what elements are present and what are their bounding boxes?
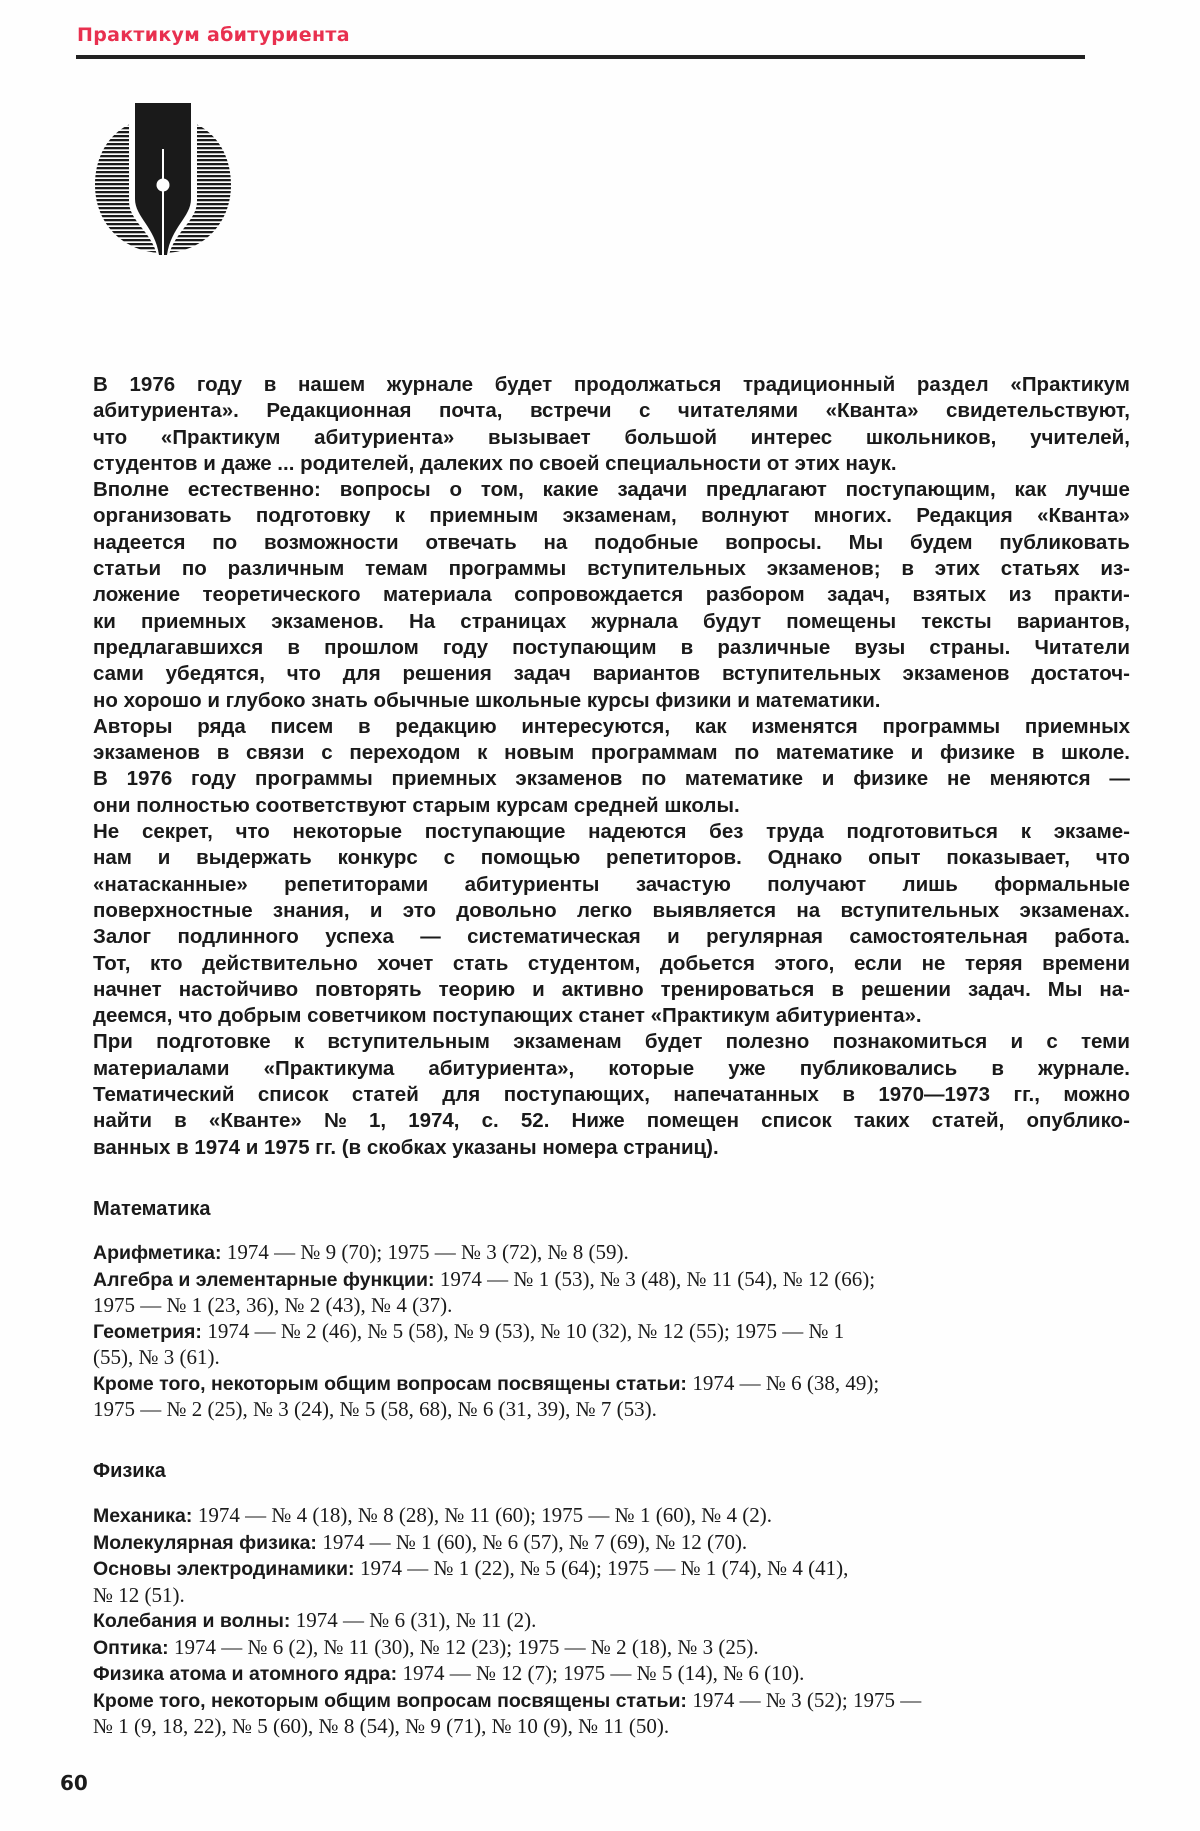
intro-line: найтив«Кванте»№1,1974,с.52.Нижепомещенсп… — [93, 1108, 1130, 1134]
topic-label: Механика: — [93, 1505, 198, 1527]
article-list-line: Алгебра и элементарные функции: 1974 — №… — [93, 1267, 1130, 1294]
intro-line: «натасканные»репетиторамиабитуриентызача… — [93, 872, 1130, 898]
article-list-line: 1975 — № 2 (25), № 3 (24), № 5 (58, 68),… — [93, 1397, 1130, 1423]
intro-line: но хорошо и глубоко знать обычные школьн… — [93, 688, 1130, 714]
topic-label: Оптика: — [93, 1637, 174, 1659]
intro-line: киприемныхэкзаменов.Настраницахжурналабу… — [93, 609, 1130, 635]
intro-line: В1976годувнашемжурналебудетпродолжатьсят… — [93, 372, 1130, 398]
intro-line: организоватьподготовкукприемнымэкзаменам… — [93, 503, 1130, 529]
issue-references: № 1 (9, 18, 22), № 5 (60), № 8 (54), № 9… — [93, 1714, 669, 1738]
issue-references: 1974 — № 1 (22), № 5 (64); 1975 — № 1 (7… — [360, 1556, 848, 1580]
intro-line: ложениетеоретическогоматериаласопровожда… — [93, 582, 1130, 608]
intro-line: материалами«Практикумаабитуриента»,котор… — [93, 1056, 1130, 1082]
topic-label: Алгебра и элементарные функции: — [93, 1269, 440, 1291]
article-list-line: Основы электродинамики: 1974 — № 1 (22),… — [93, 1556, 1130, 1583]
topic-label: Кроме того, некоторым общим вопросам пос… — [93, 1373, 692, 1395]
issue-references: 1974 — № 6 (31), № 11 (2). — [296, 1608, 537, 1632]
issue-references: 1974 — № 1 (53), № 3 (48), № 11 (54), № … — [440, 1267, 875, 1291]
article-list-line: Оптика: 1974 — № 6 (2), № 11 (30), № 12 … — [93, 1635, 1130, 1662]
intro-line: экзаменоввсвязиспереходомкновымпрограмма… — [93, 740, 1130, 766]
intro-text: В1976годувнашемжурналебудетпродолжатьсят… — [93, 372, 1130, 1161]
intro-line: Приподготовкеквступительнымэкзаменамбуде… — [93, 1029, 1130, 1055]
issue-references: 1975 — № 2 (25), № 3 (24), № 5 (58, 68),… — [93, 1397, 657, 1421]
issue-references: (55), № 3 (61). — [93, 1345, 220, 1369]
intro-line: Тематическийсписокстатейдляпоступающих,н… — [93, 1082, 1130, 1108]
intro-line: абитуриента».Редакционнаяпочта,встречисч… — [93, 398, 1130, 424]
article-list-line: 1975 — № 1 (23, 36), № 2 (43), № 4 (37). — [93, 1293, 1130, 1319]
topic-label: Кроме того, некоторым общим вопросам пос… — [93, 1690, 692, 1712]
math-article-list: Арифметика: 1974 — № 9 (70); 1975 — № 3 … — [93, 1240, 1130, 1423]
article-list-line: Механика: 1974 — № 4 (18), № 8 (28), № 1… — [93, 1503, 1130, 1530]
intro-line: поверхностныезнания,иэтодовольнолегковыя… — [93, 898, 1130, 924]
math-heading: Математика — [93, 1198, 211, 1221]
intro-line: Авторырядаписемвредакциюинтересуются,как… — [93, 714, 1130, 740]
issue-references: 1974 — № 9 (70); 1975 — № 3 (72), № 8 (5… — [227, 1240, 629, 1264]
issue-references: 1974 — № 12 (7); 1975 — № 5 (14), № 6 (1… — [403, 1661, 805, 1685]
physics-heading: Физика — [93, 1460, 166, 1483]
topic-label: Молекулярная физика: — [93, 1532, 322, 1554]
article-list-line: Колебания и волны: 1974 — № 6 (31), № 11… — [93, 1608, 1130, 1635]
issue-references: № 12 (51). — [93, 1583, 185, 1607]
intro-line: начнетнастойчивоповторятьтеориюиактивнот… — [93, 977, 1130, 1003]
article-list-line: Кроме того, некоторым общим вопросам пос… — [93, 1371, 1130, 1398]
article-list-line: № 12 (51). — [93, 1583, 1130, 1609]
intro-line: статьипоразличнымтемампрограммывступител… — [93, 556, 1130, 582]
issue-references: 1974 — № 6 (38, 49); — [692, 1371, 879, 1395]
intro-line: надеетсяповозможностиотвечатьнаподобныев… — [93, 530, 1130, 556]
issue-references: 1974 — № 2 (46), № 5 (58), № 9 (53), № 1… — [207, 1319, 844, 1343]
article-list-line: (55), № 3 (61). — [93, 1345, 1130, 1371]
intro-line: В1976годупрограммыприемныхэкзаменовпомат… — [93, 766, 1130, 792]
topic-label: Геометрия: — [93, 1321, 207, 1343]
intro-line: Несекрет,чтонекоторыепоступающиенадеются… — [93, 819, 1130, 845]
topic-label: Арифметика: — [93, 1242, 227, 1264]
issue-references: 1974 — № 4 (18), № 8 (28), № 11 (60); 19… — [198, 1503, 772, 1527]
intro-line: они полностью соответствуют старым курса… — [93, 793, 1130, 819]
page-number: 60 — [60, 1771, 88, 1795]
intro-line: предлагавшихсявпрошломгодупоступающимвра… — [93, 635, 1130, 661]
intro-line: самиубедятся,чтодлярешениязадачвариантов… — [93, 661, 1130, 687]
article-list-line: Геометрия: 1974 — № 2 (46), № 5 (58), № … — [93, 1319, 1130, 1346]
topic-label: Основы электродинамики: — [93, 1558, 360, 1580]
intro-line: намивыдержатьконкурсспомощьюрепетиторов.… — [93, 845, 1130, 871]
intro-line: Вполнеестественно:вопросыотом,какиезадач… — [93, 477, 1130, 503]
intro-line: студентов и даже ... родителей, далеких … — [93, 451, 1130, 477]
article-list-line: Физика атома и атомного ядра: 1974 — № 1… — [93, 1661, 1130, 1688]
intro-line: что«Практикумабитуриента»вызываетбольшой… — [93, 425, 1130, 451]
fountain-pen-nib-emblem-icon — [93, 103, 233, 258]
article-list-line: Кроме того, некоторым общим вопросам пос… — [93, 1688, 1130, 1715]
issue-references: 1974 — № 6 (2), № 11 (30), № 12 (23); 19… — [174, 1635, 759, 1659]
issue-references: 1974 — № 1 (60), № 6 (57), № 7 (69), № 1… — [322, 1530, 747, 1554]
topic-label: Физика атома и атомного ядра: — [93, 1663, 403, 1685]
intro-line: ванных в 1974 и 1975 гг. (в скобках указ… — [93, 1135, 1130, 1161]
intro-line: деемся, что добрым советчиком поступающи… — [93, 1003, 1130, 1029]
physics-article-list: Механика: 1974 — № 4 (18), № 8 (28), № 1… — [93, 1503, 1130, 1740]
issue-references: 1975 — № 1 (23, 36), № 2 (43), № 4 (37). — [93, 1293, 452, 1317]
article-list-line: Арифметика: 1974 — № 9 (70); 1975 — № 3 … — [93, 1240, 1130, 1267]
intro-line: Залогподлинногоуспеха—систематическаяире… — [93, 924, 1130, 950]
article-list-line: Молекулярная физика: 1974 — № 1 (60), № … — [93, 1530, 1130, 1557]
article-list-line: № 1 (9, 18, 22), № 5 (60), № 8 (54), № 9… — [93, 1714, 1130, 1740]
intro-line: Тот,ктодействительнохочетстатьстудентом,… — [93, 951, 1130, 977]
section-title: Практикум абитуриента — [77, 24, 350, 46]
header-rule — [76, 55, 1085, 59]
topic-label: Колебания и волны: — [93, 1610, 296, 1632]
issue-references: 1974 — № 3 (52); 1975 — — [692, 1688, 921, 1712]
